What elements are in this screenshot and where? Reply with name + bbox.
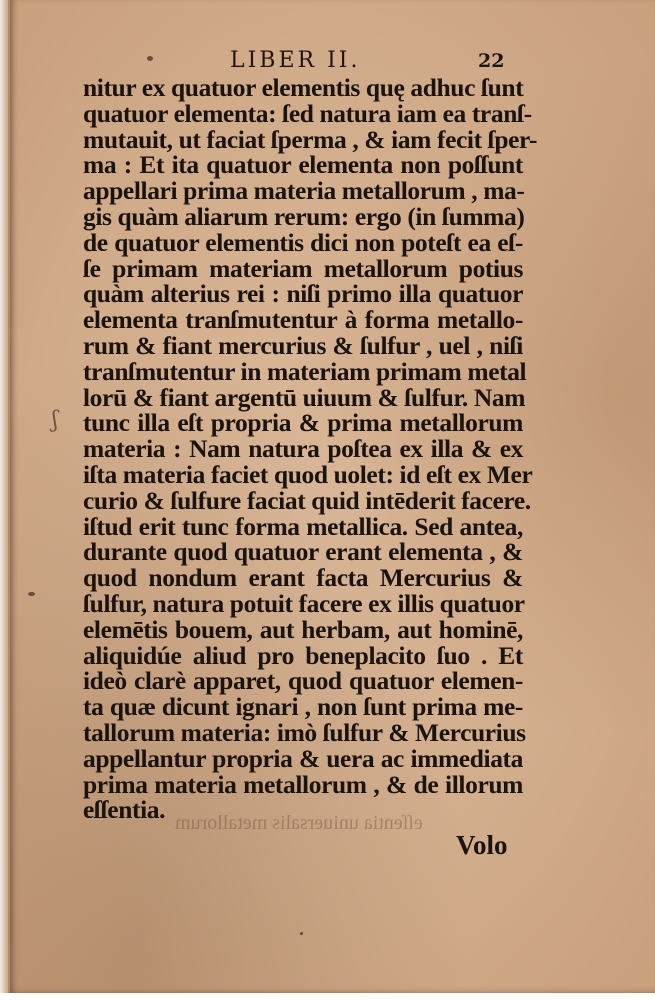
- text-line: tranſmutentur in materiam primam metal: [83, 359, 523, 385]
- text-line: materia : Nam natura poſtea ex illa & ex: [83, 436, 523, 462]
- text-line: ſulfur, natura potuit facere ex illis qu…: [83, 591, 523, 617]
- text-line: appellari prima materia metallorum , ma-: [83, 178, 523, 204]
- margin-mark: ʃ: [52, 408, 58, 433]
- page-number: 22: [478, 50, 504, 72]
- bleed-through-text: eſſentia uniuersalis metallorum: [175, 812, 423, 835]
- text-line: prima materia metallorum , & de illorum: [83, 772, 523, 798]
- text-line: elementa tranſmutentur à forma metallo-: [83, 307, 523, 333]
- text-line: gis quàm aliarum rerum: ergo (in ſumma): [83, 204, 523, 230]
- text-line: ſe primam materiam metallorum potius: [83, 256, 523, 282]
- text-line: iſta materia faciet quod uolet: id eſt e…: [83, 462, 523, 488]
- text-line: elemētis bouem, aut herbam, aut hominē,: [83, 617, 523, 643]
- text-line: quod nondum erant facta Mercurius &: [83, 565, 523, 591]
- ink-spot: [300, 932, 303, 935]
- text-line: rum & fiant mercurius & ſulfur , uel , n…: [83, 333, 523, 359]
- text-line: appellantur propria & uera ac immediata: [83, 746, 523, 772]
- ink-spot: [147, 56, 153, 61]
- text-line: mutauit, ut faciat ſperma , & iam fecit …: [83, 127, 523, 153]
- catchword: Volo: [456, 830, 508, 861]
- text-line: ma : Et ita quatuor elementa non poſſunt: [83, 152, 523, 178]
- text-line: ta quæ dicunt ignari , non ſunt prima me…: [83, 694, 523, 720]
- text-line: nitur ex quatuor elementis quę adhuc ſun…: [83, 75, 523, 101]
- text-line: de quatuor elementis dici non poteſt ea …: [83, 230, 523, 256]
- text-line: tallorum materia: imò ſulfur & Mercurius: [83, 720, 523, 746]
- page-edge: [0, 0, 8, 993]
- text-line: quàm alterius rei : niſi primo illa quat…: [83, 281, 523, 307]
- text-line: aliquidúe aliud pro beneplacito ſuo . Et: [83, 643, 523, 669]
- text-line: durante quod quatuor erant elementa , &: [83, 539, 523, 565]
- text-line: ideò clarè apparet, quod quatuor elemen-: [83, 668, 523, 694]
- text-line: tunc illa eſt propria & prima metallorum: [83, 410, 523, 436]
- running-head: LIBER II.: [230, 48, 360, 73]
- text-line: quatuor elementa: ſed natura iam ea tran…: [83, 101, 523, 127]
- text-line: lorū & fiant argentū uiuum & ſulfur. Nam: [83, 385, 523, 411]
- text-line: curio & ſulfure faciat quid intēderit fa…: [83, 488, 523, 514]
- text-line: iſtud erit tunc forma metallica. Sed ant…: [83, 514, 523, 540]
- ink-spot: [28, 592, 35, 596]
- body-text: nitur ex quatuor elementis quę adhuc ſun…: [83, 75, 523, 823]
